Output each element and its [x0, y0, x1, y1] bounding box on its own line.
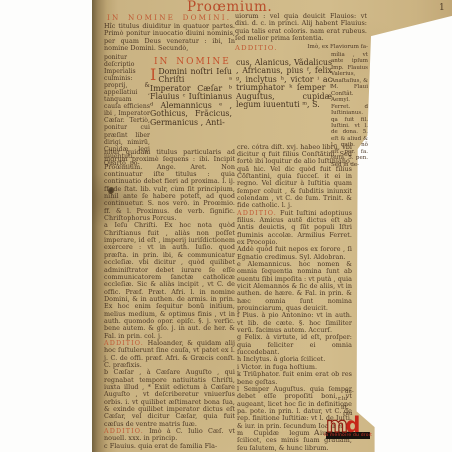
gloss-paragraph: e Alemannicus. hoc nomen & omnia ſequent…	[237, 261, 352, 312]
watermark-banner: la mémoire du droit	[326, 432, 370, 439]
additio-row: ADDITIO. Imò, ex Flaviorum fa-	[235, 44, 368, 52]
margin-fragment: r.lu	[338, 396, 347, 402]
gloss-paragraph: k Triũphator. fuit enim erat ob res bene…	[237, 371, 352, 386]
memoire-du-droit-watermark: md la mémoire du droit	[326, 415, 374, 439]
gloss-top-right: uiorum : vel quia deuicit Flauios: vt di…	[235, 13, 367, 42]
gloss-paragraph: c Flauius. quia erat de familia Fla-	[104, 443, 235, 450]
gloss-left-block: nitur quidam titulus particularis ad nig…	[104, 149, 235, 450]
gloss-paragraph: ADDITIO. Imò à C. Iulio Cæſ. vt nouell. …	[104, 428, 235, 443]
gloss-paragraph: nitur quidam titulus particularis ad nig…	[104, 149, 235, 222]
main-text-col1: IDomini noſtri Ieſu Chriſti ᵃ Imperator …	[150, 68, 232, 128]
margin-note-lead: Imò, ex Flaviorum fa-	[307, 44, 368, 50]
main-text-col2: cus, Alanicus, Vãdalicus , Africanus, pi…	[236, 59, 332, 111]
main-heading: IN NOMINE	[154, 57, 231, 67]
signature-mark: A	[314, 428, 319, 437]
drop-cap-initial: I	[150, 68, 156, 82]
gloss-paragraph: f Pius. à pio Antonino: vt in auth. vt l…	[237, 312, 352, 334]
margin-fragment: de-	[345, 389, 354, 395]
rubric-in-nomine-domini: IN NOMINE DOMINI.	[107, 13, 231, 22]
page-number: 1	[439, 3, 445, 13]
gloss-paragraph: g Felix. à virtute, id eſt, proſper: qui…	[237, 334, 352, 356]
gloss-paragraph: ADDITIO. Haloander, & quidam alij hoc ſu…	[104, 340, 235, 369]
gloss-paragraph: b Cæſar , à Cæſare Auguſto , qui regnaba…	[104, 369, 235, 428]
gloss-paragraph: cre. cótra diſt. xvj. habeo librũ, vbi d…	[237, 144, 352, 210]
gloss-intro: Hîc titulus diuiditur in quatuor partes.…	[104, 23, 235, 52]
additio-label: ADDITIO.	[235, 44, 278, 52]
gloss-right-block: cre. cótra diſt. xvj. habeo librũ, vbi d…	[237, 144, 352, 452]
gloss-paragraph: ADDITIO. Fuit Iuſtini adoptiuus filius. …	[237, 210, 352, 247]
watermark-caption: la mémoire du droit	[324, 433, 372, 438]
gloss-paragraph: a Ieſu Chriſti. Ex hoc nota quòd Chriſti…	[104, 222, 235, 340]
gloss-paragraph: Addè quòd fuit nepos ex ſorore , ſi Egna…	[237, 246, 352, 261]
book-scan: Proœmium. 1 IN NOMINE DOMINI. Hîc titulu…	[0, 0, 452, 452]
